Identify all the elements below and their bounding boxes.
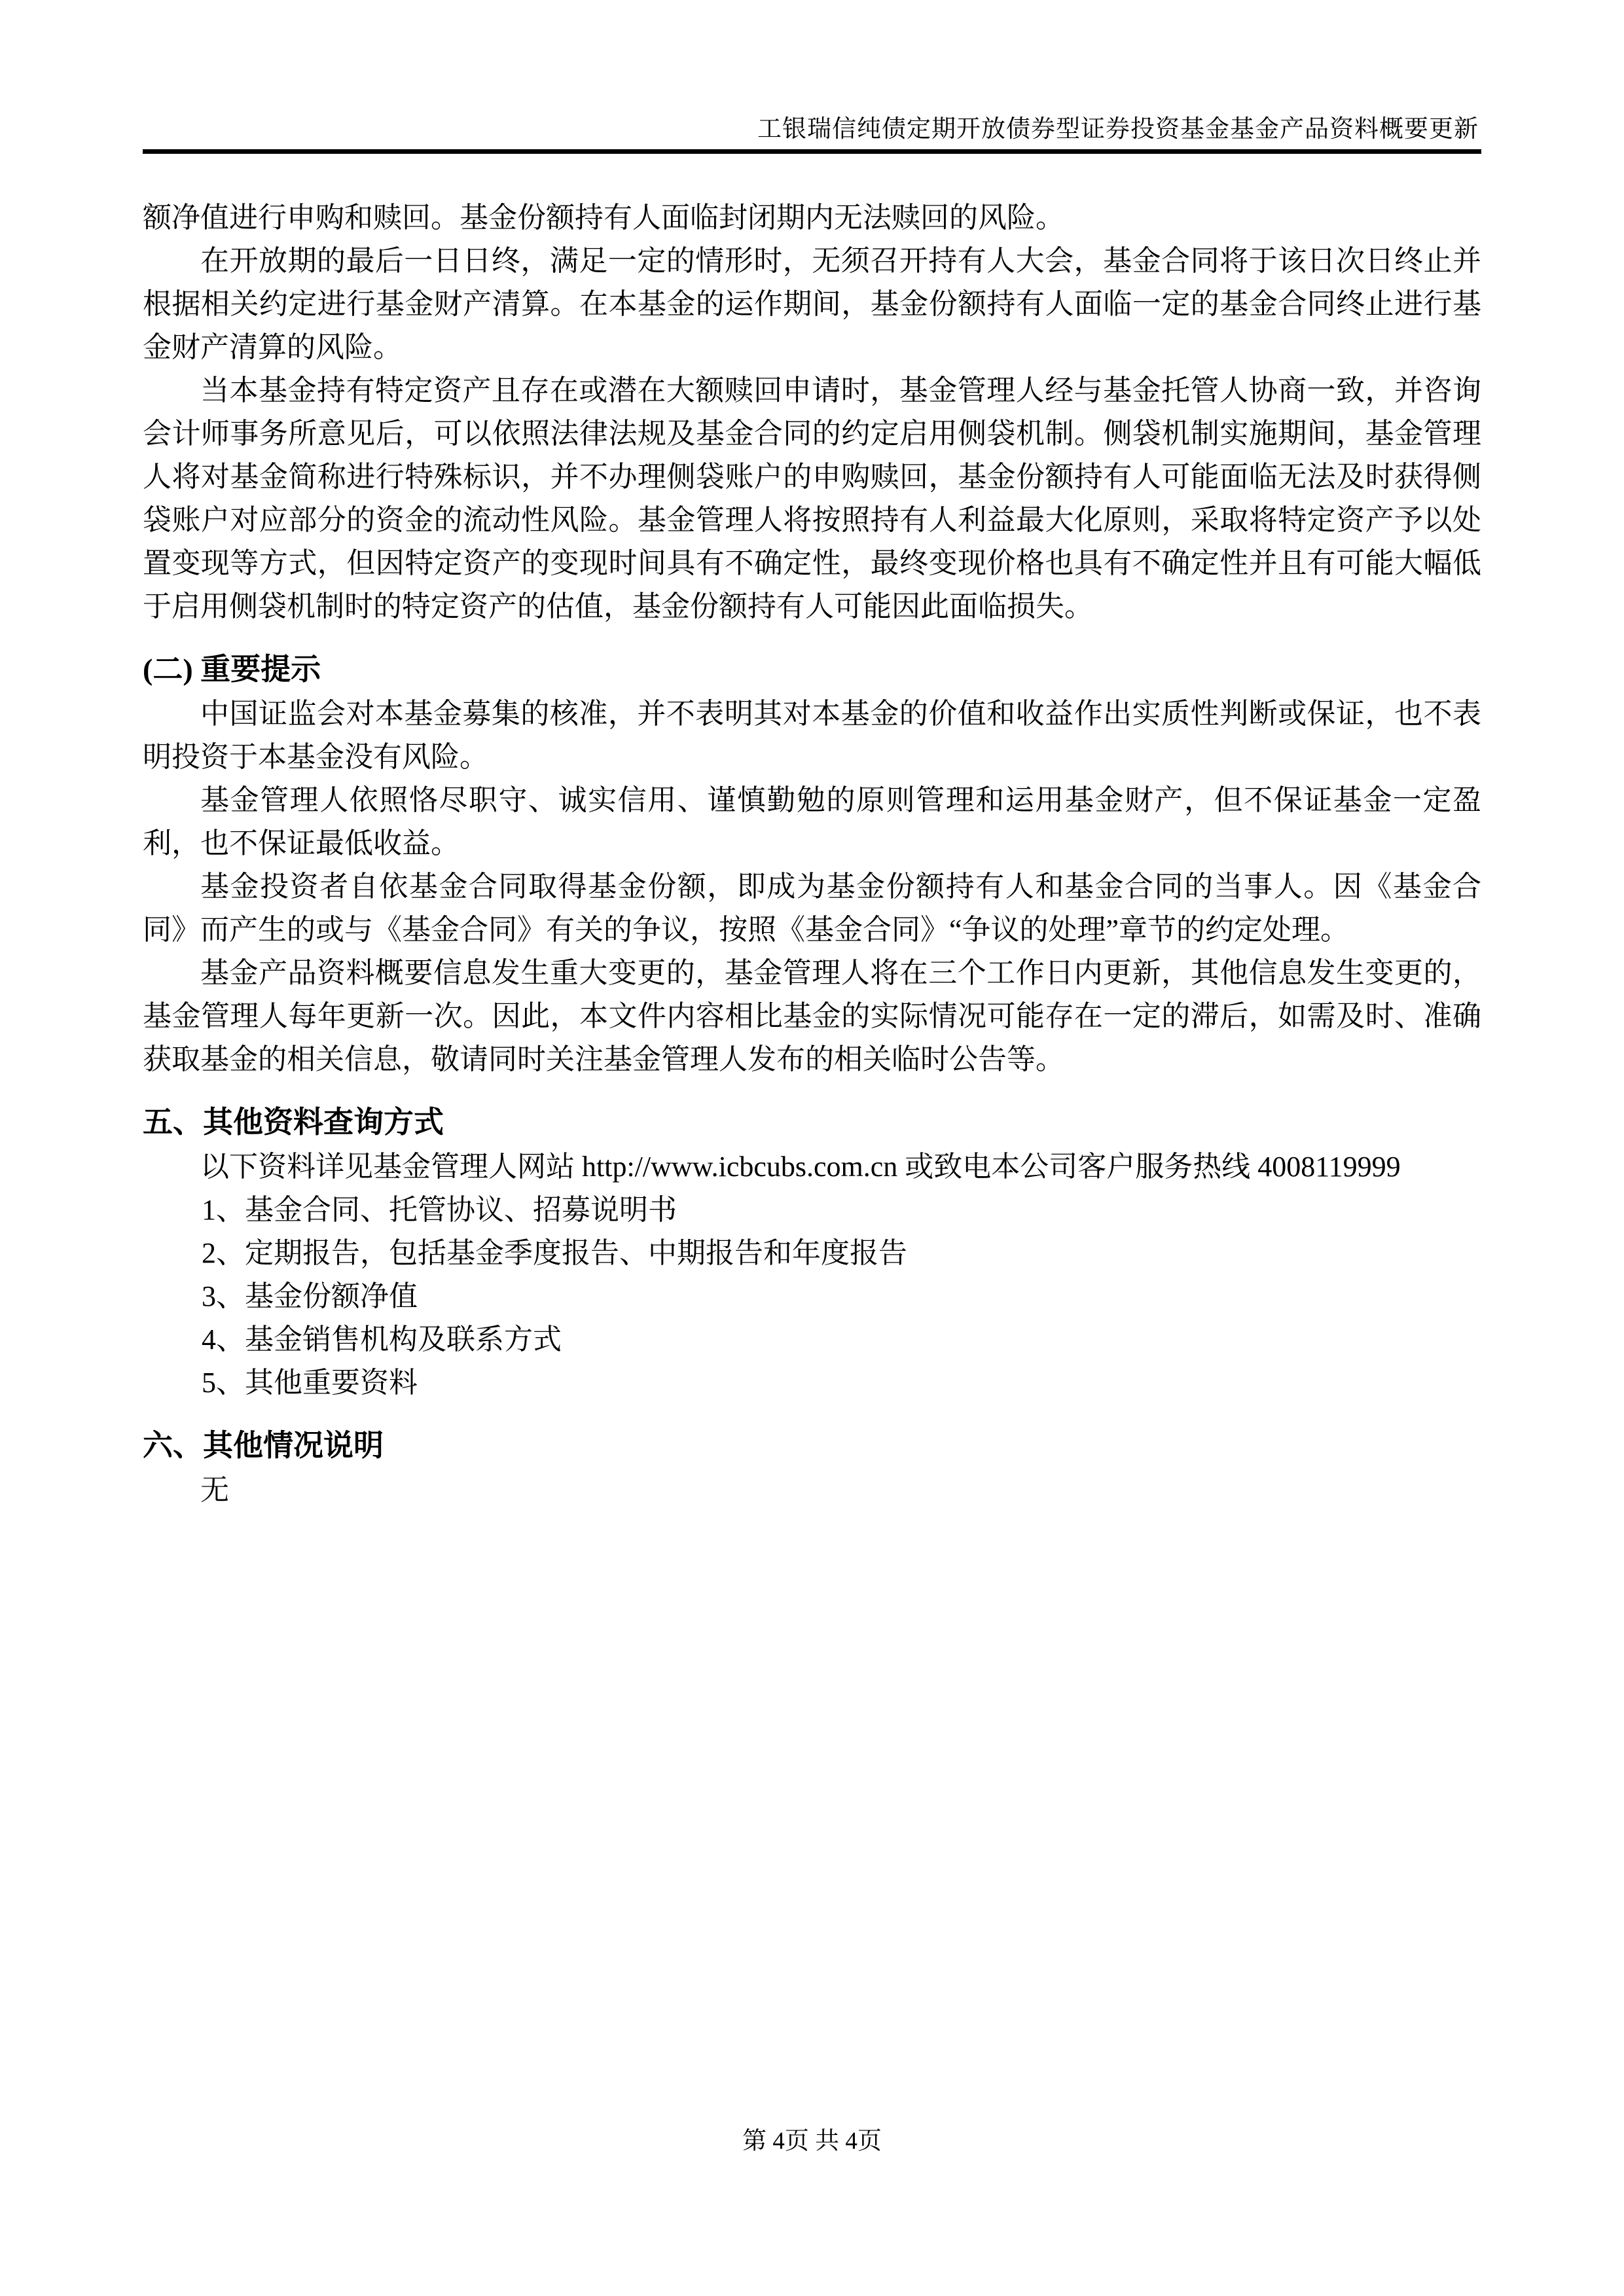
notice-paragraph: 中国证监会对本基金募集的核准，并不表明其对本基金的价值和收益作出实质性判断或保证… <box>143 692 1481 779</box>
resource-list-item: 2、定期报告，包括基金季度报告、中期报告和年度报告 <box>143 1232 1481 1275</box>
resource-list-item: 3、基金份额净值 <box>143 1275 1481 1318</box>
resource-list-item: 4、基金销售机构及联系方式 <box>143 1318 1481 1361</box>
risk-paragraph: 在开放期的最后一日日终，满足一定的情形时，无须召开持有人大会，基金合同将于该日次… <box>143 240 1481 369</box>
document-body: 额净值进行申购和赎回。基金份额持有人面临封闭期内无法赎回的风险。 在开放期的最后… <box>143 196 1481 1512</box>
section-heading-other-notes: 六、其他情况说明 <box>143 1424 1481 1467</box>
notice-paragraph: 基金产品资料概要信息发生重大变更的，基金管理人将在三个工作日内更新，其他信息发生… <box>143 952 1481 1081</box>
risk-paragraph: 当本基金持有特定资产且存在或潜在大额赎回申请时，基金管理人经与基金托管人协商一致… <box>143 369 1481 628</box>
footer-page-number: 第 4页 共 4页 <box>742 2128 882 2155</box>
page-footer: 第 4页 共 4页 <box>0 2126 1624 2157</box>
section-heading-other-resources: 五、其他资料查询方式 <box>143 1101 1481 1144</box>
section-heading-important-notice: (二) 重要提示 <box>143 648 1481 691</box>
notes-body: 无 <box>143 1469 1481 1512</box>
document-page: 工银瑞信纯债定期开放债券型证券投资基金基金产品资料概要更新 额净值进行申购和赎回… <box>0 0 1624 2296</box>
notice-paragraph: 基金管理人依照恪尽职守、诚实信用、谨慎勤勉的原则管理和运用基金财产，但不保证基金… <box>143 779 1481 865</box>
resource-list-item: 1、基金合同、托管协议、招募说明书 <box>143 1189 1481 1232</box>
lead-paragraph: 额净值进行申购和赎回。基金份额持有人面临封闭期内无法赎回的风险。 <box>143 196 1481 240</box>
notice-paragraph: 基金投资者自依基金合同取得基金份额，即成为基金份额持有人和基金合同的当事人。因《… <box>143 865 1481 952</box>
resource-list: 1、基金合同、托管协议、招募说明书 2、定期报告，包括基金季度报告、中期报告和年… <box>143 1189 1481 1405</box>
resource-list-item: 5、其他重要资料 <box>143 1361 1481 1405</box>
header-rule <box>143 149 1481 154</box>
document-header-title: 工银瑞信纯债定期开放债券型证券投资基金基金产品资料概要更新 <box>757 115 1479 144</box>
resources-intro: 以下资料详见基金管理人网站 http://www.icbcubs.com.cn … <box>143 1145 1481 1189</box>
